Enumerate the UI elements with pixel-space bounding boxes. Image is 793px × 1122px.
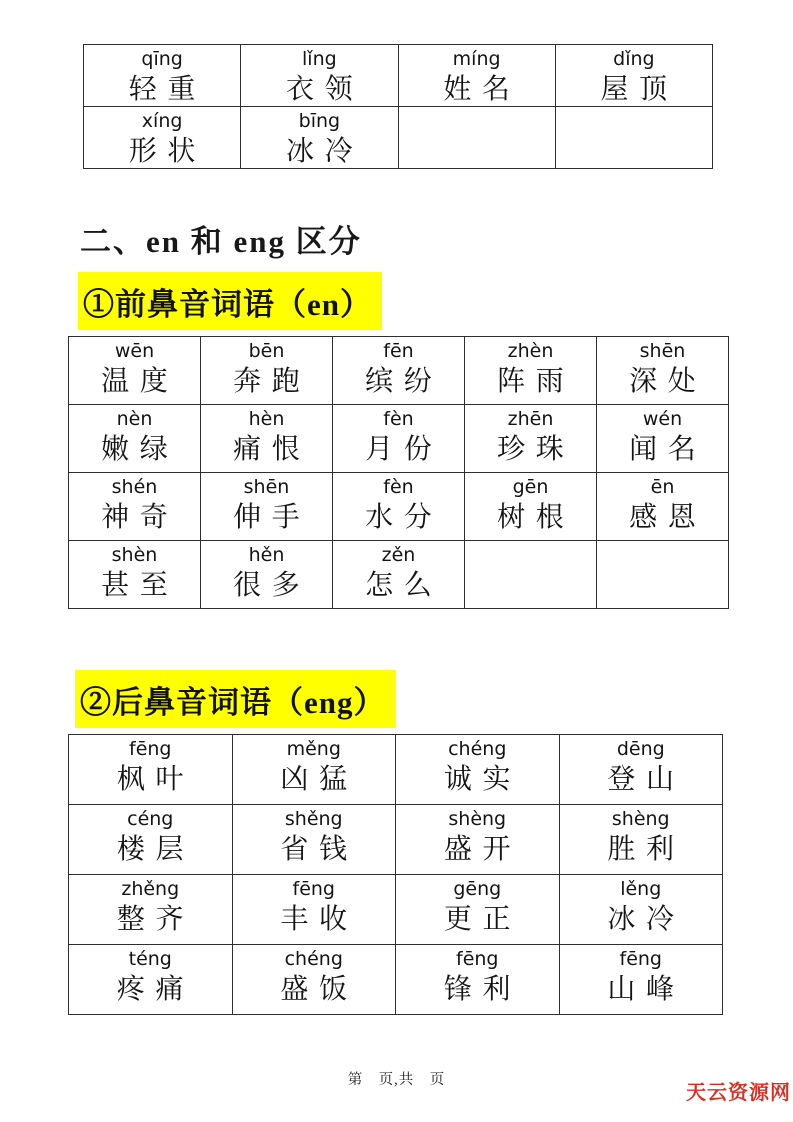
word-cell: shèn甚至: [69, 541, 201, 609]
pinyin-label: fēng: [620, 948, 662, 971]
word-cell: chéng诚实: [396, 735, 560, 805]
word-cell: zěn怎么: [333, 541, 465, 609]
word-cell: fēn缤纷: [333, 337, 465, 405]
hanzi-word: 形状: [118, 133, 206, 168]
hanzi-word: 甚至: [91, 567, 179, 602]
pinyin-label: shèng: [448, 808, 506, 831]
hanzi-word: 温度: [91, 363, 179, 398]
pinyin-label: chéng: [448, 738, 506, 761]
hanzi-word: 奔跑: [223, 363, 311, 398]
pinyin-label: téng: [129, 948, 172, 971]
word-cell: shēn深处: [597, 337, 729, 405]
pinyin-label: hěn: [249, 544, 285, 567]
word-cell: měng凶猛: [233, 735, 397, 805]
pinyin-label: shěng: [285, 808, 343, 831]
word-cell: lǐng衣领: [241, 45, 398, 107]
word-cell: fēng枫叶: [69, 735, 233, 805]
hanzi-word: 神奇: [91, 499, 179, 534]
word-cell: fēng锋利: [396, 945, 560, 1015]
hanzi-word: 整齐: [106, 901, 194, 936]
word-cell: wēn温度: [69, 337, 201, 405]
word-cell: shēn伸手: [201, 473, 333, 541]
pinyin-label: fèn: [383, 476, 413, 499]
hanzi-word: 丰收: [270, 901, 358, 936]
word-cell: wén闻名: [597, 405, 729, 473]
hanzi-word: 阵雨: [487, 363, 575, 398]
subheading-front-nasal-en: ①前鼻音词语（en）: [78, 272, 382, 330]
hanzi-word: 嫩绿: [91, 431, 179, 466]
hanzi-word: 屋顶: [590, 71, 678, 106]
word-cell: gēn树根: [465, 473, 597, 541]
pinyin-word-table-en: wēn温度bēn奔跑fēn缤纷zhèn阵雨shēn深处nèn嫩绿hèn痛恨fèn…: [68, 336, 729, 609]
word-cell: bīng冰冷: [241, 107, 398, 169]
word-cell: míng姓名: [399, 45, 556, 107]
hanzi-word: 凶猛: [270, 761, 358, 796]
word-cell: bēn奔跑: [201, 337, 333, 405]
hanzi-word: 疼痛: [106, 971, 194, 1006]
hanzi-word: 锋利: [433, 971, 521, 1006]
hanzi-word: 深处: [619, 363, 707, 398]
pinyin-word-table-ing: qīng轻重lǐng衣领míng姓名dǐng屋顶xíng形状bīng冰冷: [83, 44, 713, 169]
pinyin-label: wén: [643, 408, 682, 431]
pinyin-label: fēn: [383, 340, 413, 363]
hanzi-word: 轻重: [118, 71, 206, 106]
pinyin-label: míng: [453, 48, 501, 71]
word-cell: céng楼层: [69, 805, 233, 875]
pinyin-label: gēng: [453, 878, 501, 901]
hanzi-word: 月份: [355, 431, 443, 466]
worksheet-page: qīng轻重lǐng衣领míng姓名dǐng屋顶xíng形状bīng冰冷 二、e…: [0, 0, 793, 1122]
pinyin-label: qīng: [141, 48, 182, 71]
hanzi-word: 枫叶: [106, 761, 194, 796]
pinyin-label: gēn: [513, 476, 549, 499]
pinyin-word-table-eng: fēng枫叶měng凶猛chéng诚实dēng登山céng楼层shěng省钱sh…: [68, 734, 723, 1015]
pinyin-label: xíng: [142, 110, 183, 133]
hanzi-word: 省钱: [270, 831, 358, 866]
pinyin-label: shèng: [612, 808, 670, 831]
pinyin-label: bīng: [299, 110, 340, 133]
word-cell: qīng轻重: [84, 45, 241, 107]
hanzi-word: 很多: [223, 567, 311, 602]
hanzi-word: 姓名: [433, 71, 521, 106]
pinyin-label: zhěng: [121, 878, 179, 901]
word-cell: fèn月份: [333, 405, 465, 473]
pinyin-label: wēn: [115, 340, 154, 363]
pinyin-label: hèn: [249, 408, 285, 431]
subheading-back-nasal-eng: ②后鼻音词语（eng）: [75, 670, 396, 728]
word-cell: dǐng屋顶: [556, 45, 713, 107]
word-cell: hèn痛恨: [201, 405, 333, 473]
word-cell: shěng省钱: [233, 805, 397, 875]
pinyin-label: fēng: [456, 948, 498, 971]
pinyin-label: dǐng: [613, 48, 654, 71]
pinyin-label: shēn: [640, 340, 686, 363]
hanzi-word: 珍珠: [487, 431, 575, 466]
pinyin-label: zhèn: [508, 340, 554, 363]
word-cell: fēng山峰: [560, 945, 724, 1015]
page-number-label: 第 页,共 页: [0, 1068, 793, 1089]
pinyin-label: shén: [112, 476, 158, 499]
hanzi-word: 冰冷: [597, 901, 685, 936]
pinyin-label: fèn: [383, 408, 413, 431]
hanzi-word: 痛恨: [223, 431, 311, 466]
word-cell: téng疼痛: [69, 945, 233, 1015]
pinyin-label: zěn: [382, 544, 416, 567]
word-cell: [399, 107, 556, 169]
pinyin-label: chéng: [285, 948, 343, 971]
hanzi-word: 胜利: [597, 831, 685, 866]
pinyin-label: shèn: [112, 544, 158, 567]
watermark-label: 天云资源网: [686, 1076, 791, 1105]
hanzi-word: 登山: [597, 761, 685, 796]
word-cell: shèng盛开: [396, 805, 560, 875]
hanzi-word: 闻名: [619, 431, 707, 466]
hanzi-word: 树根: [487, 499, 575, 534]
word-cell: shén神奇: [69, 473, 201, 541]
hanzi-word: 冰冷: [275, 133, 363, 168]
pinyin-label: ēn: [651, 476, 675, 499]
hanzi-word: 缤纷: [355, 363, 443, 398]
hanzi-word: 盛饭: [270, 971, 358, 1006]
word-cell: chéng盛饭: [233, 945, 397, 1015]
word-cell: zhěng整齐: [69, 875, 233, 945]
hanzi-word: 山峰: [597, 971, 685, 1006]
hanzi-word: 怎么: [355, 567, 443, 602]
hanzi-word: 感恩: [619, 499, 707, 534]
pinyin-label: bēn: [249, 340, 285, 363]
word-cell: [597, 541, 729, 609]
word-cell: ēn感恩: [597, 473, 729, 541]
word-cell: gēng更正: [396, 875, 560, 945]
word-cell: dēng登山: [560, 735, 724, 805]
word-cell: fèn水分: [333, 473, 465, 541]
hanzi-word: 盛开: [433, 831, 521, 866]
pinyin-label: zhēn: [508, 408, 554, 431]
pinyin-label: fēng: [293, 878, 335, 901]
word-cell: xíng形状: [84, 107, 241, 169]
pinyin-label: shēn: [244, 476, 290, 499]
pinyin-label: lǐng: [302, 48, 337, 71]
word-cell: nèn嫩绿: [69, 405, 201, 473]
pinyin-label: měng: [287, 738, 341, 761]
hanzi-word: 伸手: [223, 499, 311, 534]
word-cell: [556, 107, 713, 169]
hanzi-word: 更正: [433, 901, 521, 936]
pinyin-label: céng: [127, 808, 173, 831]
pinyin-label: dēng: [617, 738, 665, 761]
word-cell: shèng胜利: [560, 805, 724, 875]
hanzi-word: 楼层: [106, 831, 194, 866]
pinyin-label: fēng: [129, 738, 171, 761]
hanzi-word: 水分: [355, 499, 443, 534]
word-cell: zhēn珍珠: [465, 405, 597, 473]
section-heading: 二、en 和 eng 区分: [80, 216, 362, 261]
hanzi-word: 诚实: [433, 761, 521, 796]
word-cell: fēng丰收: [233, 875, 397, 945]
pinyin-label: lěng: [620, 878, 661, 901]
word-cell: [465, 541, 597, 609]
word-cell: zhèn阵雨: [465, 337, 597, 405]
hanzi-word: 衣领: [275, 71, 363, 106]
pinyin-label: nèn: [117, 408, 153, 431]
word-cell: lěng冰冷: [560, 875, 724, 945]
word-cell: hěn很多: [201, 541, 333, 609]
